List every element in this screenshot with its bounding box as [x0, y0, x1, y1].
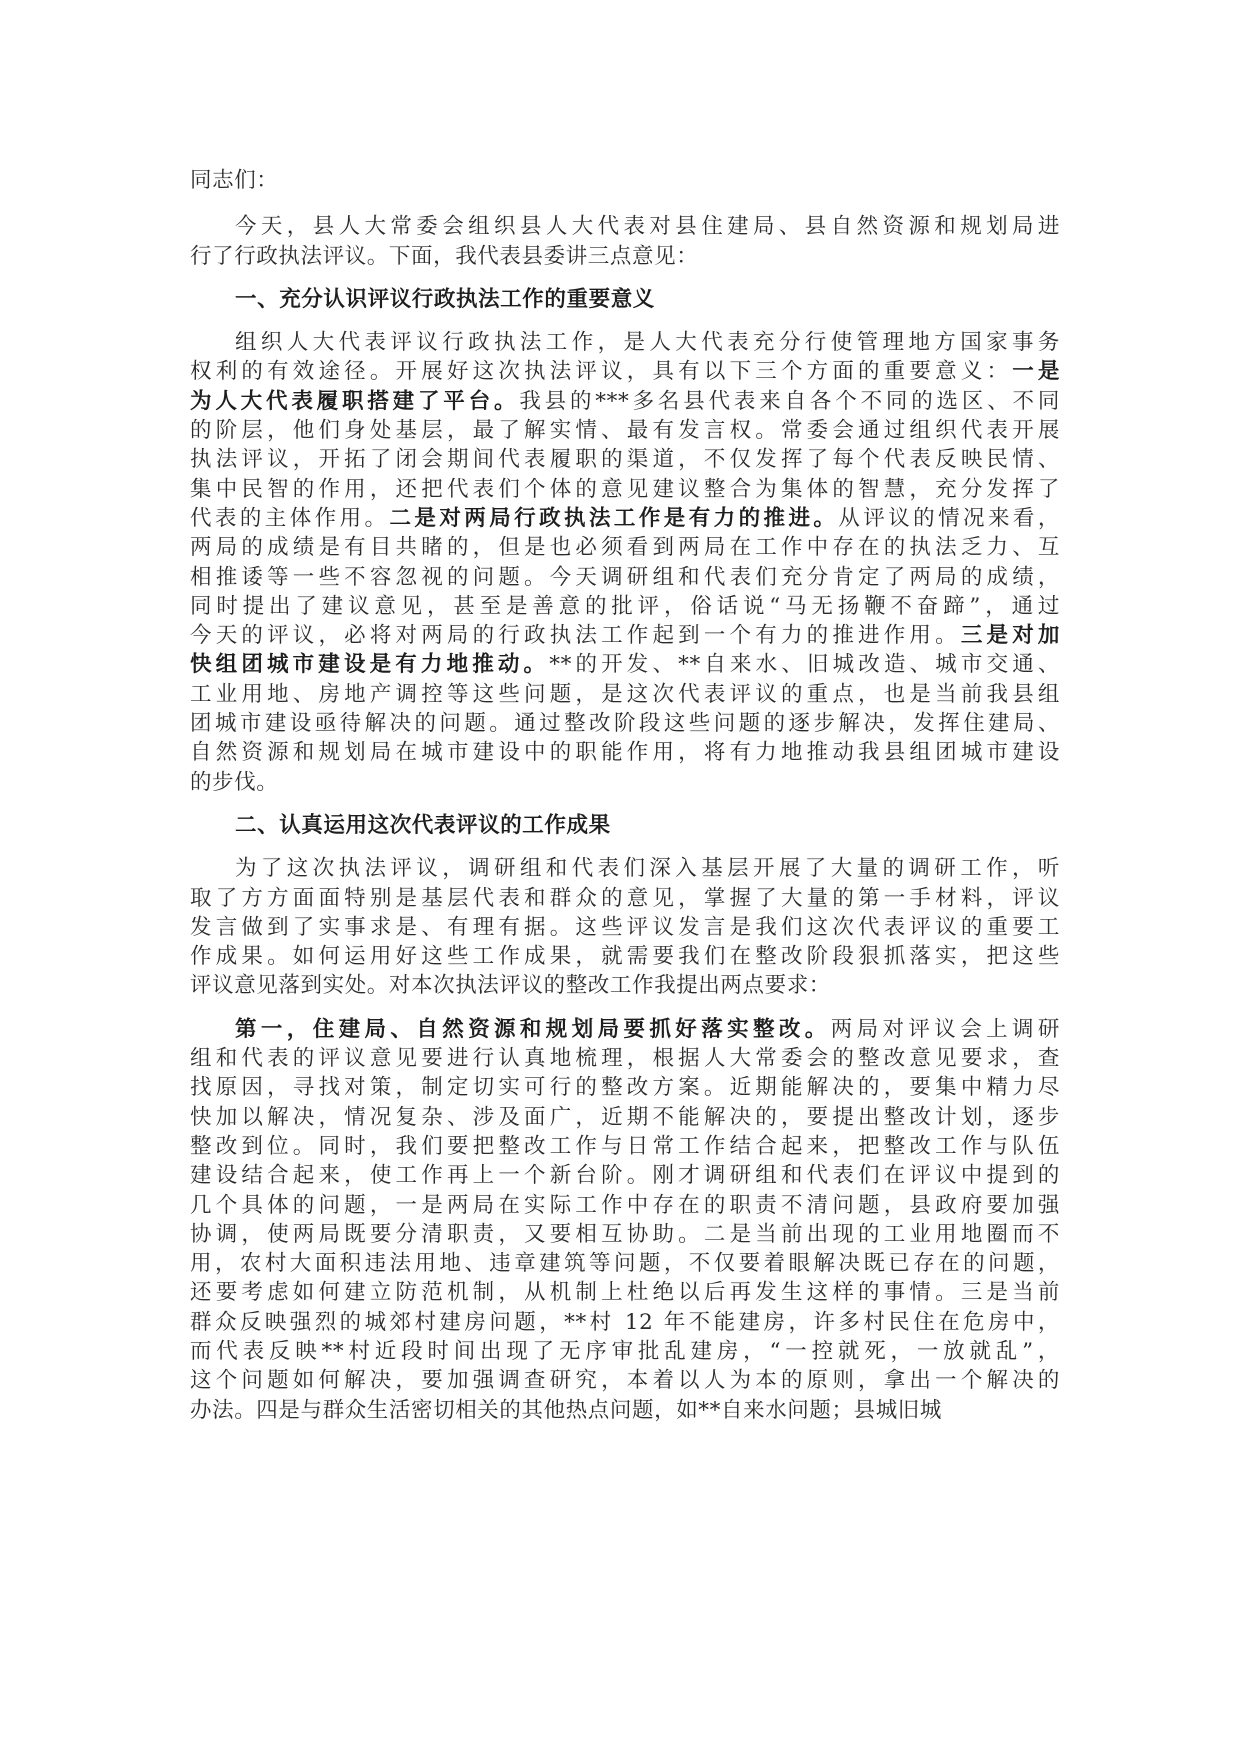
bold-text: 第一，住建局、自然资源和规划局要抓好落实整改。	[235, 1017, 831, 1042]
text-line: 两局的成绩是有目共睹的，但是也必须看到两局在工作中存在的执法乏力、互	[190, 533, 1060, 562]
text-line: 第一，住建局、自然资源和规划局要抓好落实整改。两局对评议会上调研	[190, 1015, 1060, 1044]
text-line: 集中民智的作用，还把代表们个体的意见建议整合为集体的智慧，充分发挥了	[190, 475, 1060, 504]
text-run: 今天，县人大常委会组织县人大代表对县住建局、县自然资源和规划局进	[235, 214, 1060, 239]
text-line: 为了这次执法评议，调研组和代表们深入基层开展了大量的调研工作，听	[190, 854, 1060, 883]
text-run: 从评议的情况来看，	[838, 506, 1060, 531]
text-run: 而代表反映**村近段时间出现了无序审批乱建房，“一控就死，一放就乱”，	[190, 1339, 1060, 1364]
text-line: 找原因，寻找对策，制定切实可行的整改方案。近期能解决的，要集中精力尽	[190, 1073, 1060, 1102]
text-line: 组织人大代表评议行政执法工作，是人大代表充分行使管理地方国家事务	[190, 328, 1060, 357]
text-line: 为人大代表履职搭建了平台。我县的***多名县代表来自各个不同的选区、不同	[190, 387, 1060, 416]
text-line: 而代表反映**村近段时间出现了无序审批乱建房，“一控就死，一放就乱”，	[190, 1337, 1060, 1366]
text-run: 代表的主体作用。	[190, 506, 390, 531]
text-line: 同时提出了建议意见，甚至是善意的批评，俗话说“马无扬鞭不奋蹄”，通过	[190, 592, 1060, 621]
text-run: 发言做到了实事求是、有理有据。这些评议发言是我们这次代表评议的重要工	[190, 915, 1060, 940]
text-line: 自然资源和规划局在城市建设中的职能作用，将有力地推动我县组团城市建设	[190, 738, 1060, 767]
text-run: 两局对评议会上调研	[831, 1017, 1060, 1042]
bold-text: 二、认真运用这次代表评议的工作成果	[235, 813, 611, 838]
text-run: 的阶层，他们身处基层，最了解实情、最有发言权。常委会通过组织代表开展	[190, 418, 1060, 443]
text-run: 找原因，寻找对策，制定切实可行的整改方案。近期能解决的，要集中精力尽	[190, 1075, 1060, 1100]
text-line: 这个问题如何解决，要加强调查研究，本着以人为本的原则，拿出一个解决的	[190, 1366, 1060, 1395]
text-run: 为了这次执法评议，调研组和代表们深入基层开展了大量的调研工作，听	[235, 856, 1060, 881]
text-run: 取了方方面面特别是基层代表和群众的意见，掌握了大量的第一手材料，评议	[190, 886, 1060, 911]
text-run: 还要考虑如何建立防范机制，从机制上杜绝以后再发生这样的事情。三是当前	[190, 1280, 1060, 1305]
body-paragraph: 第一，住建局、自然资源和规划局要抓好落实整改。两局对评议会上调研组和代表的评议意…	[190, 1015, 1060, 1425]
text-line: 一、充分认识评议行政执法工作的重要意义	[190, 285, 1060, 314]
text-run: 协调，使两局既要分清职责，又要相互协助。二是当前出现的工业用地圈而不	[190, 1222, 1060, 1247]
text-run: 团城市建设亟待解决的问题。通过整改阶段这些问题的逐步解决，发挥住建局、	[190, 711, 1060, 736]
text-run: 组织人大代表评议行政执法工作，是人大代表充分行使管理地方国家事务	[235, 330, 1060, 355]
text-run: 权利的有效途径。开展好这次执法评议，具有以下三个方面的重要意义：	[190, 359, 1012, 384]
section-heading: 二、认真运用这次代表评议的工作成果	[190, 811, 1060, 840]
text-run: 的步伐。	[190, 770, 278, 795]
text-line: 工业用地、房地产调控等这些问题，是这次代表评议的重点，也是当前我县组	[190, 680, 1060, 709]
text-run: 几个具体的问题，一是两局在实际工作中存在的职责不清问题，县政府要加强	[190, 1193, 1060, 1218]
bold-text: 一、充分认识评议行政执法工作的重要意义	[235, 287, 655, 312]
text-run: 群众反映强烈的城郊村建房问题，**村 12 年不能建房，许多村民住在危房中，	[190, 1310, 1060, 1335]
text-run: 相推诿等一些不容忽视的问题。今天调研组和代表们充分肯定了两局的成绩，	[190, 565, 1060, 590]
text-line: 还要考虑如何建立防范机制，从机制上杜绝以后再发生这样的事情。三是当前	[190, 1278, 1060, 1307]
text-line: 协调，使两局既要分清职责，又要相互协助。二是当前出现的工业用地圈而不	[190, 1220, 1060, 1249]
text-line: 快组团城市建设是有力地推动。**的开发、**自来水、旧城改造、城市交通、	[190, 650, 1060, 679]
text-line: 群众反映强烈的城郊村建房问题，**村 12 年不能建房，许多村民住在危房中，	[190, 1308, 1060, 1337]
text-line: 相推诿等一些不容忽视的问题。今天调研组和代表们充分肯定了两局的成绩，	[190, 563, 1060, 592]
text-line: 整改到位。同时，我们要把整改工作与日常工作结合起来，把整改工作与队伍	[190, 1132, 1060, 1161]
text-line: 行了行政执法评议。下面，我代表县委讲三点意见：	[190, 242, 1060, 271]
text-line: 今天的评议，必将对两局的行政执法工作起到一个有力的推进作用。三是对加	[190, 621, 1060, 650]
text-run: 用，农村大面积违法用地、违章建筑等问题，不仅要着眼解决既已存在的问题，	[190, 1251, 1060, 1276]
bold-text: 一是	[1012, 359, 1060, 384]
text-line: 组和代表的评议意见要进行认真地梳理，根据人大常委会的整改意见要求，查	[190, 1044, 1060, 1073]
bold-text: 快组团城市建设是有力地推动。	[190, 652, 549, 677]
bold-text: 三是对加	[961, 623, 1060, 648]
text-run: 我县的***多名县代表来自各个不同的选区、不同	[519, 389, 1060, 414]
bold-text: 二是对两局行政执法工作是有力的推进。	[390, 506, 839, 531]
body-paragraph: 今天，县人大常委会组织县人大代表对县住建局、县自然资源和规划局进行了行政执法评议…	[190, 212, 1060, 271]
text-run: 作成果。如何运用好这些工作成果，就需要我们在整改阶段狠抓落实，把这些	[190, 944, 1060, 969]
document-body: 同志们： 今天，县人大常委会组织县人大代表对县住建局、县自然资源和规划局进行了行…	[190, 166, 1060, 1439]
text-run: 同时提出了建议意见，甚至是善意的批评，俗话说“马无扬鞭不奋蹄”，通过	[190, 594, 1060, 619]
text-run: 集中民智的作用，还把代表们个体的意见建议整合为集体的智慧，充分发挥了	[190, 477, 1060, 502]
text-run: **的开发、**自来水、旧城改造、城市交通、	[549, 652, 1060, 677]
text-line: 建设结合起来，使工作再上一个新台阶。刚才调研组和代表们在评议中提到的	[190, 1161, 1060, 1190]
text-run: 今天的评议，必将对两局的行政执法工作起到一个有力的推进作用。	[190, 623, 961, 648]
text-run: 执法评议，开拓了闭会期间代表履职的渠道，不仅发挥了每个代表反映民情、	[190, 447, 1060, 472]
text-line: 的阶层，他们身处基层，最了解实情、最有发言权。常委会通过组织代表开展	[190, 416, 1060, 445]
text-run: 两局的成绩是有目共睹的，但是也必须看到两局在工作中存在的执法乏力、互	[190, 535, 1060, 560]
text-line: 取了方方面面特别是基层代表和群众的意见，掌握了大量的第一手材料，评议	[190, 884, 1060, 913]
text-run: 自然资源和规划局在城市建设中的职能作用，将有力地推动我县组团城市建设	[190, 740, 1060, 765]
text-line: 代表的主体作用。二是对两局行政执法工作是有力的推进。从评议的情况来看，	[190, 504, 1060, 533]
text-line: 团城市建设亟待解决的问题。通过整改阶段这些问题的逐步解决，发挥住建局、	[190, 709, 1060, 738]
body-paragraph: 组织人大代表评议行政执法工作，是人大代表充分行使管理地方国家事务权利的有效途径。…	[190, 328, 1060, 797]
text-line: 发言做到了实事求是、有理有据。这些评议发言是我们这次代表评议的重要工	[190, 913, 1060, 942]
text-line: 执法评议，开拓了闭会期间代表履职的渠道，不仅发挥了每个代表反映民情、	[190, 445, 1060, 474]
salutation: 同志们：	[190, 166, 1060, 195]
text-line: 的步伐。	[190, 768, 1060, 797]
text-run: 建设结合起来，使工作再上一个新台阶。刚才调研组和代表们在评议中提到的	[190, 1163, 1060, 1188]
document-page: 同志们： 今天，县人大常委会组织县人大代表对县住建局、县自然资源和规划局进行了行…	[0, 0, 1240, 1754]
text-line: 快加以解决，情况复杂、涉及面广，近期不能解决的，要提出整改计划，逐步	[190, 1103, 1060, 1132]
text-line: 评议意见落到实处。对本次执法评议的整改工作我提出两点要求：	[190, 971, 1060, 1000]
text-run: 快加以解决，情况复杂、涉及面广，近期不能解决的，要提出整改计划，逐步	[190, 1105, 1060, 1130]
text-run: 评议意见落到实处。对本次执法评议的整改工作我提出两点要求：	[190, 973, 831, 998]
text-line: 办法。四是与群众生活密切相关的其他热点问题，如**自来水问题；县城旧城	[190, 1396, 1060, 1425]
text-line: 今天，县人大常委会组织县人大代表对县住建局、县自然资源和规划局进	[190, 212, 1060, 241]
text-line: 几个具体的问题，一是两局在实际工作中存在的职责不清问题，县政府要加强	[190, 1191, 1060, 1220]
text-line: 用，农村大面积违法用地、违章建筑等问题，不仅要着眼解决既已存在的问题，	[190, 1249, 1060, 1278]
text-run: 工业用地、房地产调控等这些问题，是这次代表评议的重点，也是当前我县组	[190, 682, 1060, 707]
text-line: 作成果。如何运用好这些工作成果，就需要我们在整改阶段狠抓落实，把这些	[190, 942, 1060, 971]
bold-text: 为人大代表履职搭建了平台。	[190, 389, 519, 414]
text-run: 行了行政执法评议。下面，我代表县委讲三点意见：	[190, 244, 698, 269]
text-run: 办法。四是与群众生活密切相关的其他热点问题，如**自来水问题；县城旧城	[190, 1398, 942, 1423]
text-run: 这个问题如何解决，要加强调查研究，本着以人为本的原则，拿出一个解决的	[190, 1368, 1060, 1393]
text-line: 权利的有效途径。开展好这次执法评议，具有以下三个方面的重要意义：一是	[190, 357, 1060, 386]
section-heading: 一、充分认识评议行政执法工作的重要意义	[190, 285, 1060, 314]
body-paragraph: 为了这次执法评议，调研组和代表们深入基层开展了大量的调研工作，听取了方方面面特别…	[190, 854, 1060, 1000]
salutation-text: 同志们：	[190, 166, 1060, 195]
text-run: 组和代表的评议意见要进行认真地梳理，根据人大常委会的整改意见要求，查	[190, 1046, 1060, 1071]
text-line: 二、认真运用这次代表评议的工作成果	[190, 811, 1060, 840]
text-run: 整改到位。同时，我们要把整改工作与日常工作结合起来，把整改工作与队伍	[190, 1134, 1060, 1159]
